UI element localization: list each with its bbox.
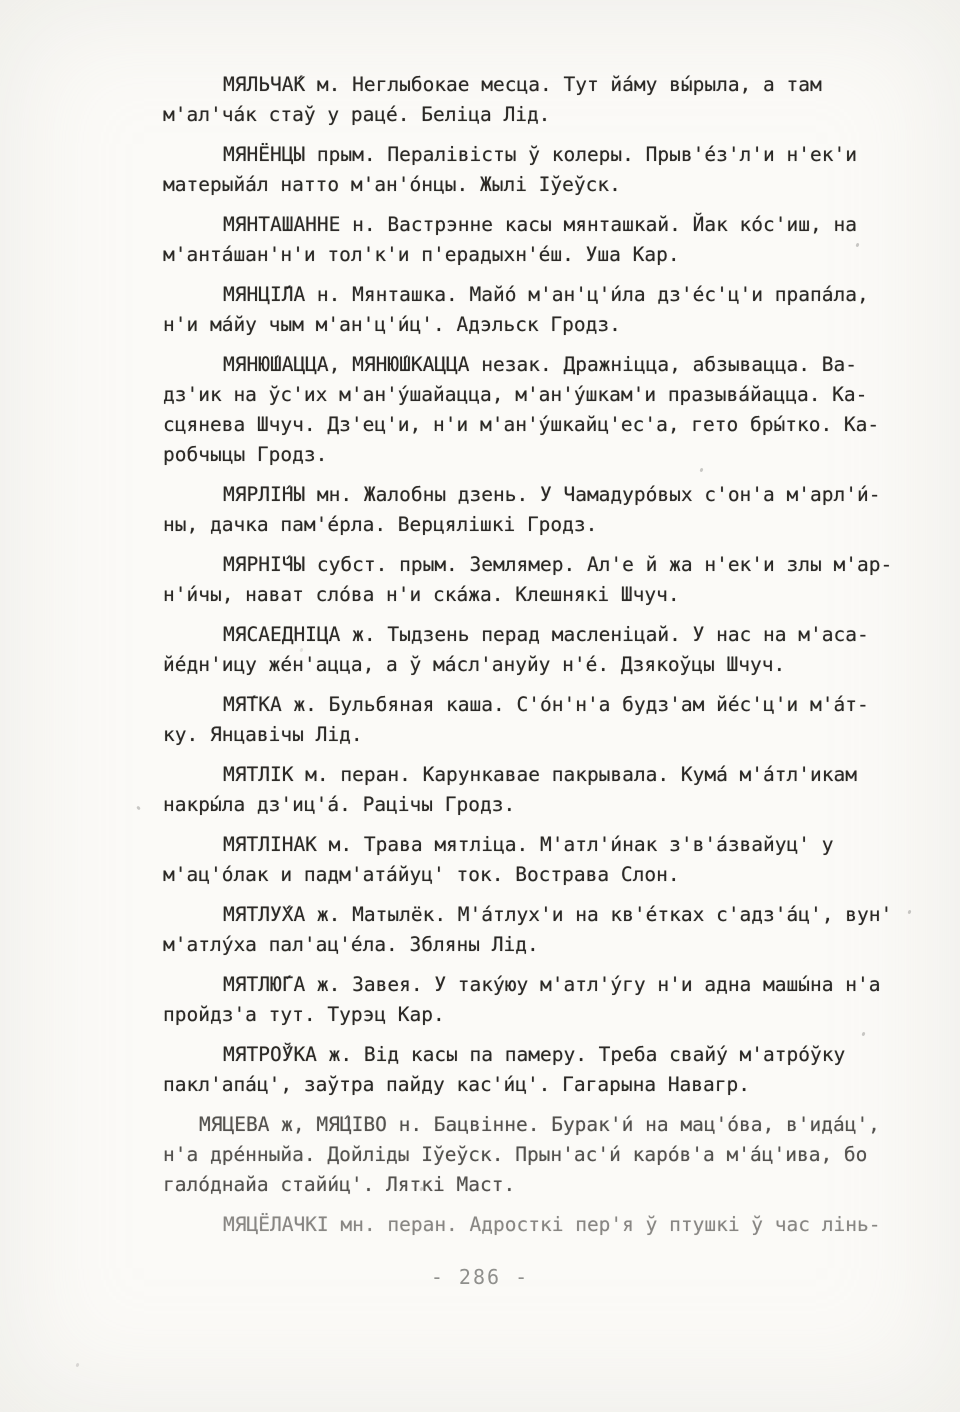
scan-speck <box>75 1363 79 1368</box>
dictionary-entry: МЯНЦІ́ЛА н. Мянташка. Майо́ м'ан'ц'и́ла … <box>163 280 908 340</box>
dictionary-entry: МЯТЛІК м. перан. Карункавае пакрывала. К… <box>163 760 908 820</box>
dictionary-entry: МЯРНІ́ЧЫ субст. прым. Землямер. Ал'е й ж… <box>163 550 908 610</box>
dictionary-page-text: МЯЛЬЧА́К м. Неглыбокае месца. Тут йа́му … <box>163 70 908 1250</box>
dictionary-entry: МЯЦЕВА ж, МЯ́ЦІВО н. Бацвінне. Бурак'и́ … <box>163 1110 908 1200</box>
dictionary-entry: МЯТРО́ЎКА ж. Від касы па памеру. Треба с… <box>163 1040 908 1100</box>
dictionary-entry: МЯНЁНЦЫ прым. Пералівісты ў колеры. Прыв… <box>163 140 908 200</box>
dictionary-entry: МЯНЮ́ШАЦЦА, МЯНЮ́ШКАЦЦА незак. Дражніцца… <box>163 350 908 470</box>
scan-speck <box>136 806 141 811</box>
dictionary-entry: МЯСАЕДНІЦА ж. Тыдзень перад масленіцай. … <box>163 620 908 680</box>
page-number: - 286 - <box>0 1262 960 1292</box>
dictionary-entry: МЯРЛІ́НЫ мн. Жалобны дзень. У Чамадуро́в… <box>163 480 908 540</box>
dictionary-entry: МЯТЛУ́ХА ж. Матылёк. М'а́тлух'и на кв'е́… <box>163 900 908 960</box>
dictionary-entry: МЯ́ТКА ж. Бульбяная каша. С'о́н'н'а будз… <box>163 690 908 750</box>
dictionary-entry: МЯЛЬЧА́К м. Неглыбокае месца. Тут йа́му … <box>163 70 908 130</box>
dictionary-entry: МЯТЛІНАК м. Трава мятліца. М'атл'и́нак з… <box>163 830 908 890</box>
dictionary-entry: МЯЦЁЛАЧКІ мн. перан. Адросткі пер'я ў пт… <box>163 1210 908 1240</box>
document-page: МЯЛЬЧА́К м. Неглыбокае месца. Тут йа́му … <box>0 0 960 1412</box>
dictionary-entry: МЯТЛЮ́ГА ж. Завея. У таку́юу м'атл'у́гу … <box>163 970 908 1030</box>
scan-speck <box>907 910 911 915</box>
dictionary-entry: МЯНТАШАННЕ н. Вастрэнне касы мянташкай. … <box>163 210 908 270</box>
